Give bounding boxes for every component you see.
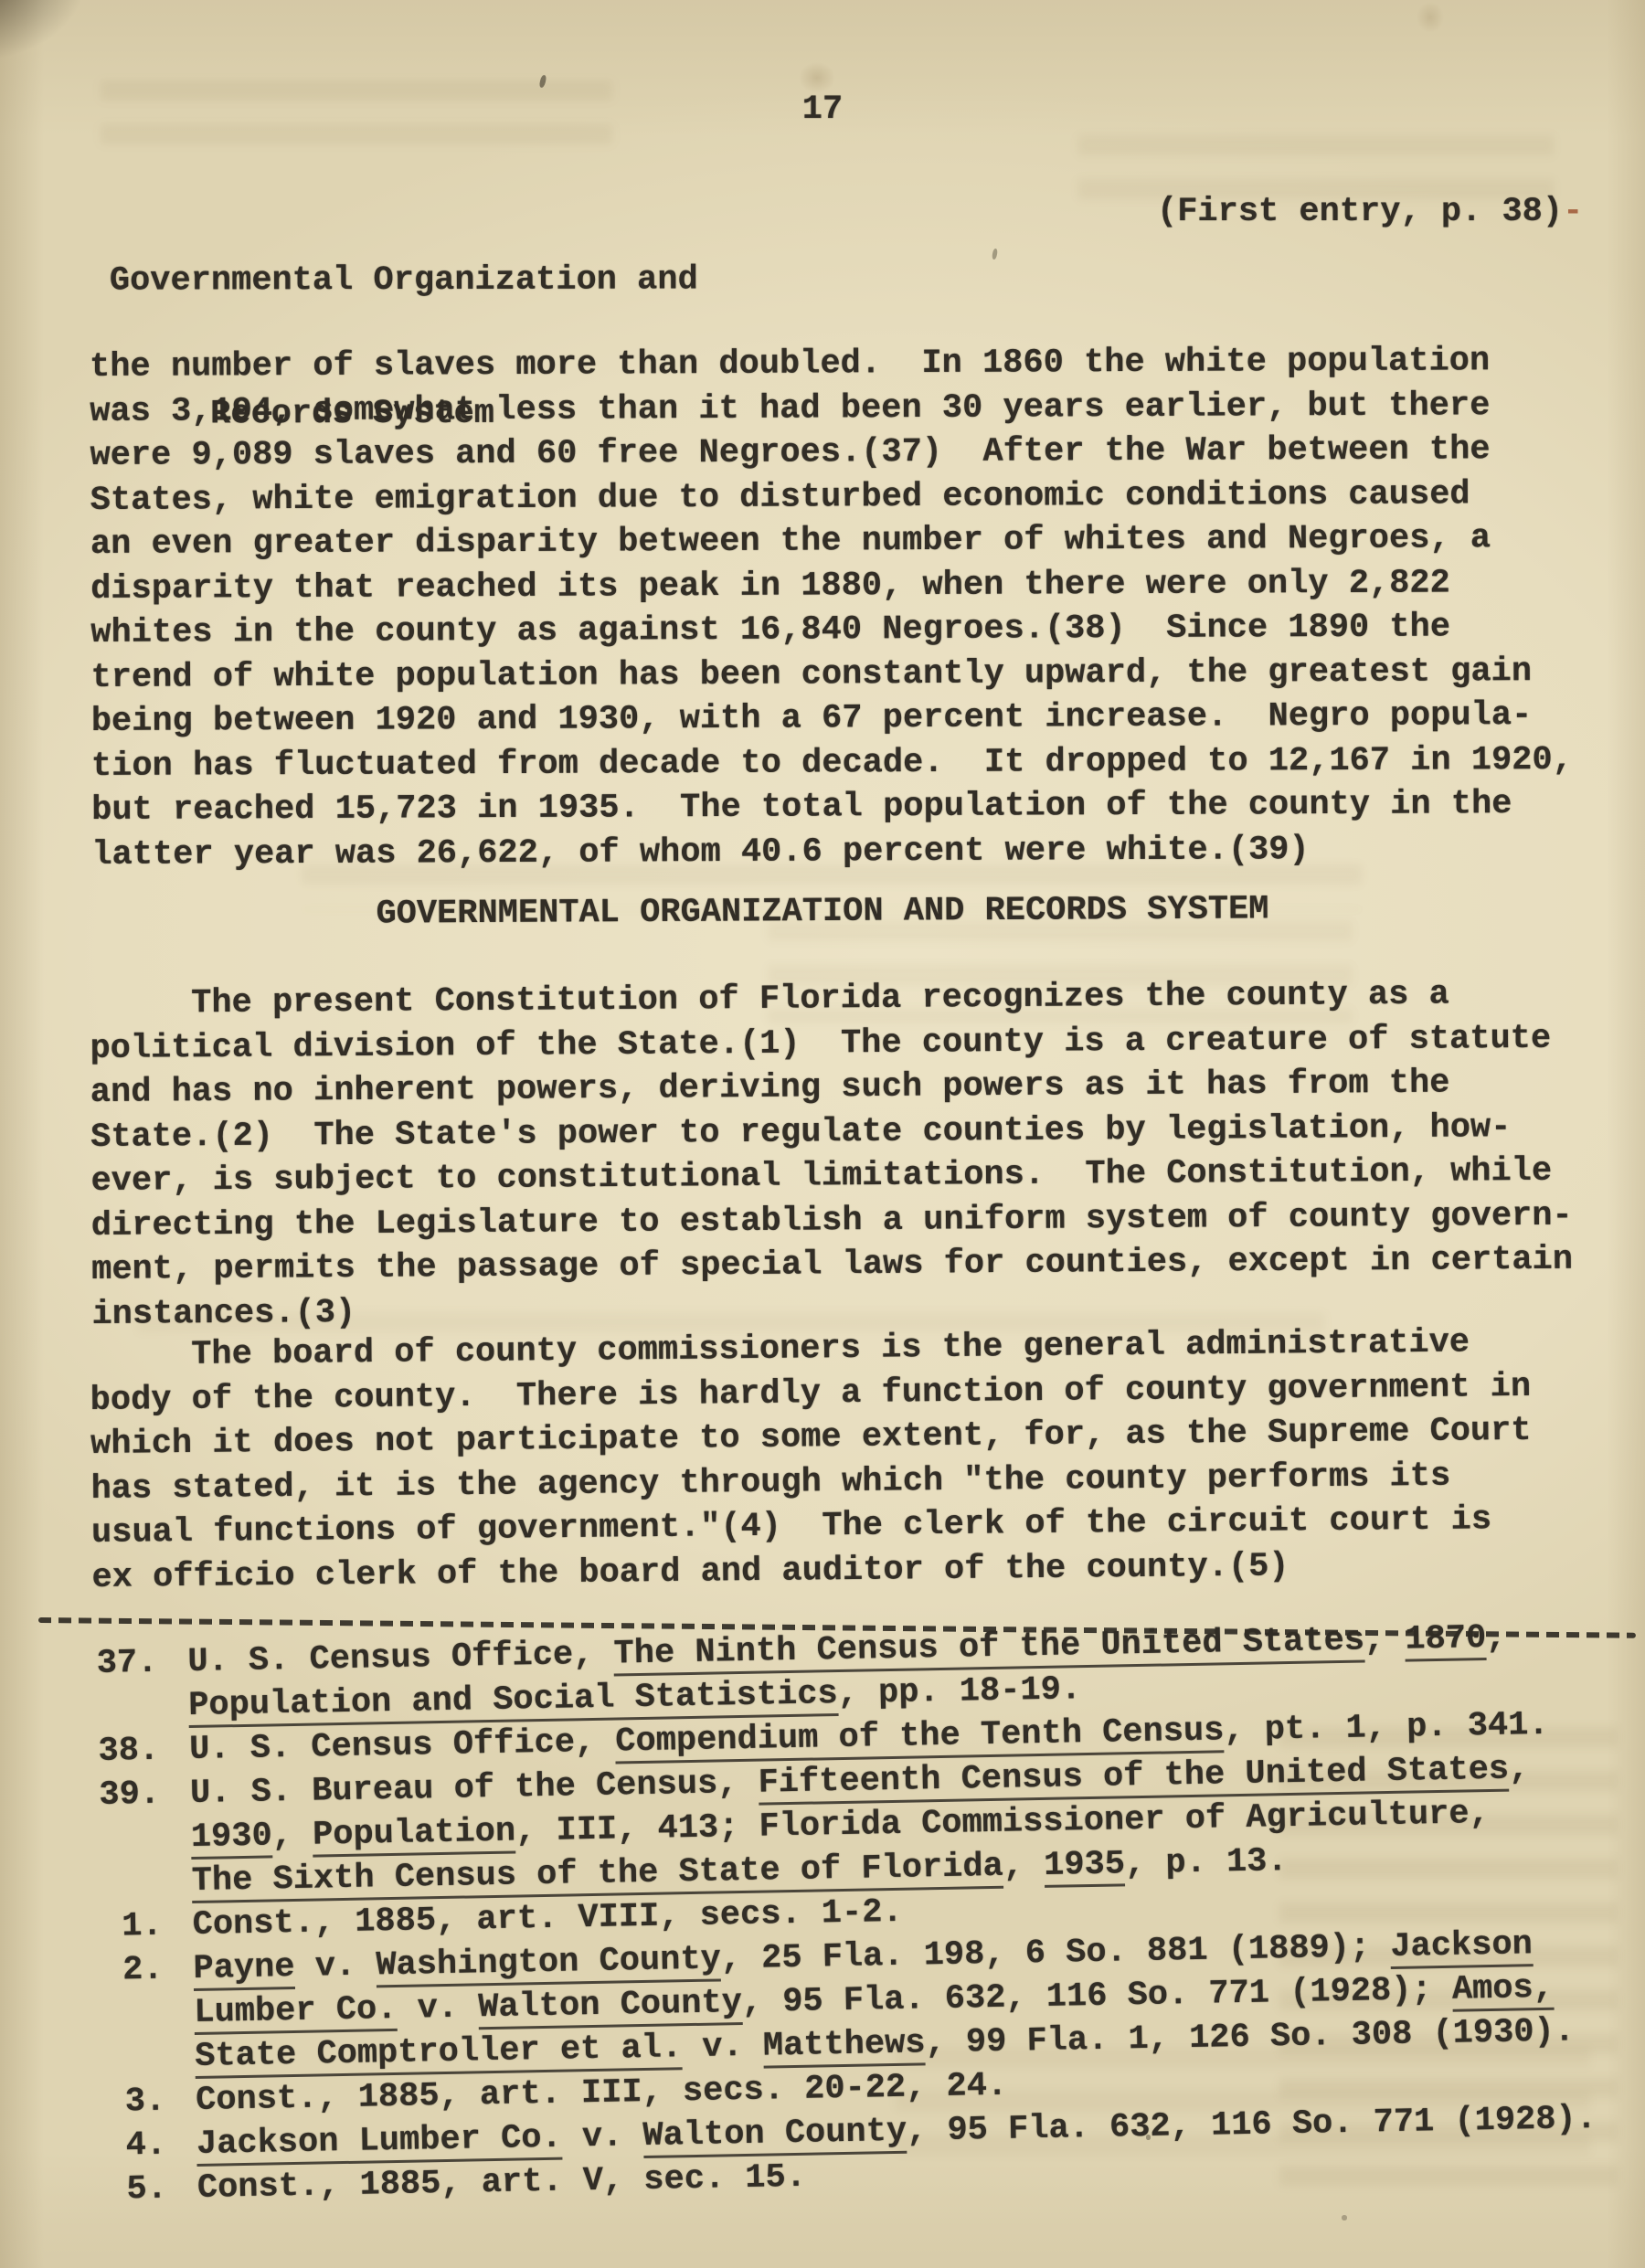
- footnote-number: 5.: [101, 2167, 168, 2212]
- citation-text: v.: [397, 1988, 479, 2029]
- citation-text: , p. 13.: [1125, 1842, 1288, 1883]
- citation-text: Const., 1885, art. V, sec. 15.: [197, 2158, 807, 2208]
- citation-text: v.: [294, 1946, 377, 1987]
- citation-text: ,: [1486, 1619, 1507, 1658]
- ink-speck: [1342, 2215, 1347, 2220]
- citation-title: 1930: [191, 1817, 273, 1860]
- citation-title: Jackson: [1390, 1925, 1533, 1969]
- header-title-line1: Governmental Organization and: [110, 258, 698, 303]
- footnote-item: 2.Payne v. Washington County, 25 Fla. 19…: [97, 1921, 1634, 2081]
- footnote-number: 39.: [94, 1773, 163, 1905]
- citation-text: U. S. Census Office,: [189, 1723, 616, 1770]
- paragraph-constitution: The present Constitution of Florida reco…: [90, 972, 1574, 1337]
- footnote-number: 37.: [91, 1641, 159, 1730]
- citation-title: 1870: [1405, 1619, 1487, 1662]
- citation-text: v.: [561, 2117, 643, 2157]
- citation-title: Amos,: [1452, 1969, 1555, 2012]
- citation-text: , pp. 18-19.: [837, 1670, 1081, 1713]
- ink-speck: [538, 74, 547, 88]
- citation-title: Walton County: [478, 1984, 742, 2030]
- citation-text: , 99 Fla. 1, 126 So. 308 (1930).: [925, 2012, 1575, 2062]
- citation-title: Jackson Lumber Co.: [196, 2119, 562, 2167]
- citation-title: Population: [313, 1813, 516, 1858]
- citation-text: ,: [1003, 1847, 1044, 1886]
- citation-title: Walton County: [642, 2113, 907, 2158]
- footnote-number: 2.: [97, 1948, 165, 2081]
- citation-text: ,: [271, 1817, 313, 1856]
- citation-text: ,: [1364, 1621, 1406, 1660]
- citation-text: U. S. Bureau of the Census,: [190, 1765, 759, 1813]
- footnote-item: 39.U. S. Bureau of the Census, Fifteenth…: [94, 1745, 1631, 1905]
- footnote-number: 38.: [93, 1729, 160, 1774]
- citation-title: Washington County: [376, 1940, 721, 1987]
- ink-smudge: [1417, 2, 1444, 33]
- footnote-text: U. S. Bureau of the Census, Fifteenth Ce…: [160, 1747, 1532, 1903]
- page-number: 17: [0, 88, 1645, 132]
- citation-title: Payne: [193, 1948, 295, 1991]
- footnote-number: 4.: [101, 2124, 167, 2168]
- footnote-number: 3.: [100, 2080, 166, 2125]
- first-entry-ref: (First entry, p. 38)-: [1157, 190, 1583, 235]
- footnote-number: 1.: [96, 1904, 163, 1949]
- pen-mark: -: [1563, 193, 1583, 231]
- footnote-text: Payne v. Washington County, 25 Fla. 198,…: [163, 1922, 1575, 2079]
- document-page: 17 Governmental Organization and Records…: [0, 0, 1645, 2268]
- section-heading: GOVERNMENTAL ORGANIZATION AND RECORDS SY…: [0, 885, 1645, 938]
- citation-text: ,: [1509, 1750, 1530, 1788]
- footnotes-list: 37.U. S. Census Office, The Ninth Census…: [91, 1614, 1637, 2212]
- citation-title: Lumber Co.: [194, 1990, 398, 2035]
- citation-text: U. S. Census Office,: [187, 1636, 614, 1682]
- first-entry-text: (First entry, p. 38): [1157, 193, 1563, 231]
- ink-speck: [992, 249, 998, 260]
- citation-title: Matthews: [763, 2024, 926, 2068]
- citation-title: 1935: [1044, 1845, 1126, 1888]
- citation-text: , pt. 1, p. 341.: [1224, 1706, 1549, 1751]
- paragraph-population: the number of slaves more than doubled. …: [90, 339, 1573, 877]
- paragraph-board: The board of county commissioners is the…: [90, 1320, 1533, 1600]
- citation-text: v.: [682, 2028, 764, 2068]
